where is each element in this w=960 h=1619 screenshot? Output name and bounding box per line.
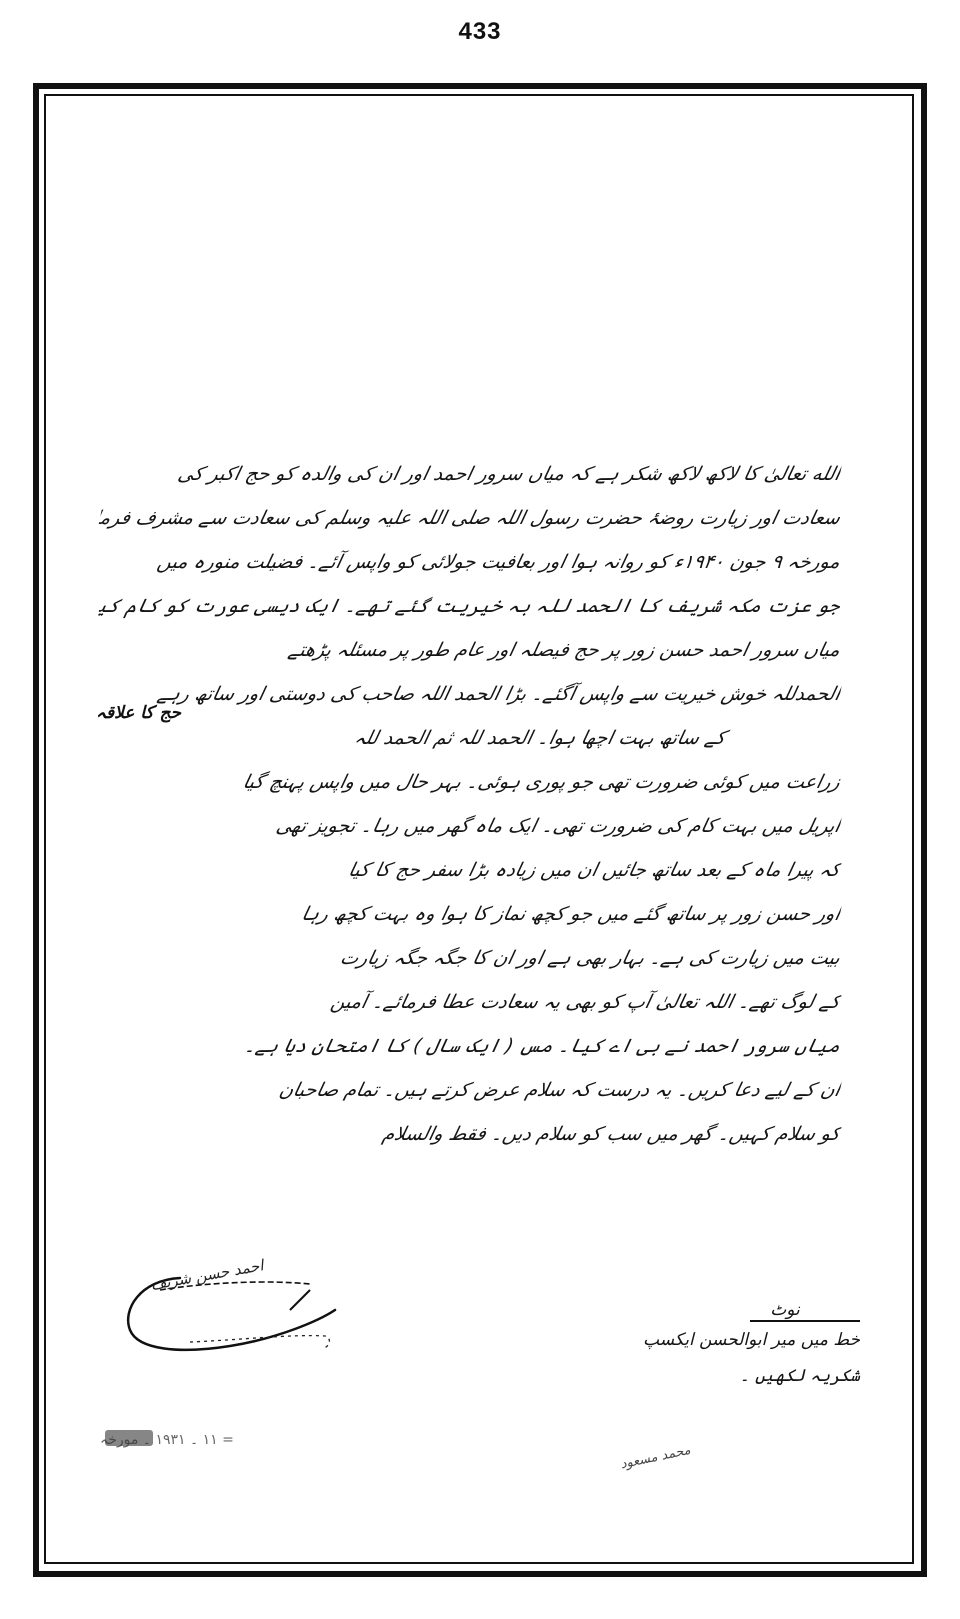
note-line: شکریہ لکھیں ۔ — [560, 1358, 860, 1394]
letter-line: الحمدللہ خوش خیریت سے واپس آگئے۔ بڑا الح… — [95, 672, 844, 716]
letter-line: کے ساتھ بہت اچھا ہوا۔ الحمد للہ ثم الحمد… — [95, 716, 844, 760]
page-number: 433 — [0, 18, 960, 46]
note-block: نوٹ خط میں میر ابوالحسن ایکسپ شکریہ لکھی… — [560, 1300, 860, 1394]
letter-line: کہ پیرا ماہ کے بعد ساتھ جائیں ان میں زیا… — [95, 848, 844, 892]
letter-line: ان کے لیے دعا کریں۔ یہ درست کہ سلام عرض … — [95, 1068, 844, 1112]
note-line: خط میں میر ابوالحسن ایکسپ — [560, 1322, 860, 1358]
letter-line: میاں سرور احمد حسن زور پر حج فیصلہ اور ع… — [95, 628, 844, 672]
letter-line: جو عزت مکہ شریف کا الحمد للہ بہ خیریت گئ… — [95, 584, 844, 628]
margin-note: حج کا علاقہ — [96, 702, 181, 723]
note-title: نوٹ — [750, 1300, 860, 1322]
date-stamp: = ۱۱ ۔ ۱۹۳۱ ۔ مورخہ — [100, 1432, 480, 1448]
letter-line: بیت میں زیارت کی ہے۔ بہار بھی ہے اور ان … — [95, 936, 844, 980]
letter-line: مورخہ ۹ جون ۱۹۴۰ء کو روانہ ہوا اور بعافی… — [95, 540, 844, 584]
letter-line: اپریل میں بہت کام کی ضرورت تھی۔ ایک ماہ … — [95, 804, 844, 848]
letter-line: الله تعالیٰ کا لاکھ لاکھ شکر ہے کہ میاں … — [95, 452, 844, 496]
letter-line: اور حسن زور پر ساتھ گئے میں جو کچھ نماز … — [95, 892, 844, 936]
letter-line: کے لوگ تھے۔ اللہ تعالیٰ آپ کو بھی یہ سعا… — [95, 980, 844, 1024]
handwritten-letter-body: الله تعالیٰ کا لاکھ لاکھ شکر ہے کہ میاں … — [100, 452, 840, 1156]
letter-line: زراعت میں کوئی ضرورت تھی جو پوری ہوئی۔ ب… — [95, 760, 844, 804]
letter-line: کو سلام کہیں۔ گھر میں سب کو سلام دیں۔ فق… — [95, 1112, 844, 1156]
letter-line: میاں سرور احمد نے بی اے کیا۔ مس ( ایک سا… — [95, 1024, 844, 1068]
letter-line: سعادت اور زیارت روضۂ حضرت رسول اللہ صلی … — [95, 496, 844, 540]
